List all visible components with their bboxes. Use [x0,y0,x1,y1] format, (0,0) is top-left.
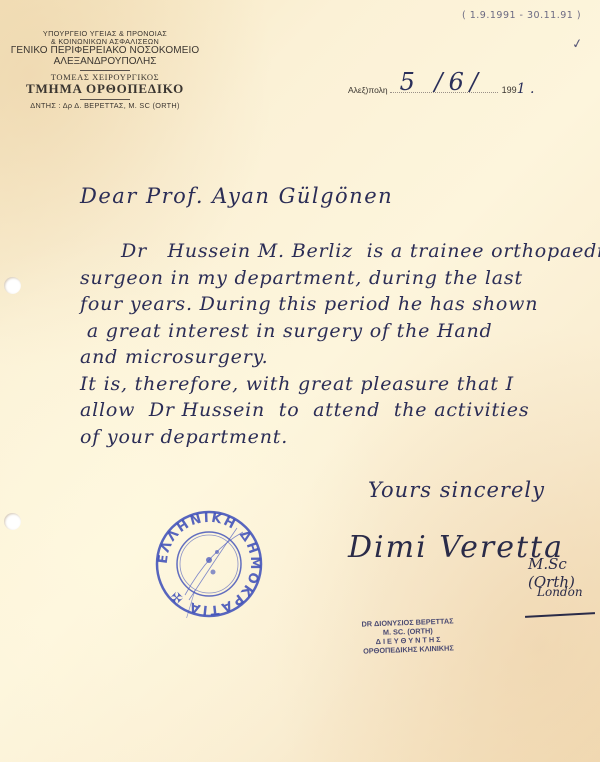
signature-location: London [537,585,583,599]
date-blank: 5 /6/ [390,80,498,93]
letterhead-department: ΤΜΗΜΑ ΟΡΘΟΠΕΔΙΚΟ [10,82,200,96]
letterhead-city: ΑΛΕΞΑΝΔΡΟΥΠΟΛΗΣ [10,57,200,68]
body-line: four years. During this period he has sh… [80,291,600,318]
body-line: of your department. [80,424,600,451]
date-day-month: 5 /6/ [400,68,484,96]
signature-block-stamp: DR ΔΙΟΝΥΣΙΟΣ ΒΕΡΕΤΤΑΣ M. SC. (ORTH) Δ Ι … [347,616,468,656]
letterhead: ΥΠΟΥΡΓΕΙΟ ΥΓΕΙΑΣ & ΠΡΟΝΟΙΑΣ & ΚΟΙΝΩΝΙΚΩΝ… [10,30,200,110]
body-line: and microsurgery. [80,344,600,371]
body-line: surgeon in my department, during the las… [80,265,600,292]
body-line: Dr Hussein M. Berliz is a trainee orthop… [80,238,600,265]
date-year-printed: 199 [502,85,517,95]
date-year-handwritten: 1 . [517,81,535,97]
archive-note: ( 1.9.1991 - 30.11.91 ) [462,10,581,21]
official-seal-stamp: ΕΛΛΗΝΙΚΗ ΔΗΜΟΚΡΑΤΙΑ ✠ [155,510,263,618]
date-line: Αλεξ)πολη 5 /6/ 199 1 . [348,80,534,97]
closing: Yours sincerely [368,478,545,502]
check-mark-icon: ✓ [571,35,585,53]
body-line: allow Dr Hussein to attend the activitie… [80,397,600,424]
punch-hole-top [4,277,21,294]
letterhead-ministry-2: & ΚΟΙΝΩΝΙΚΩΝ ΑΣΦΑΛΙΣΕΩΝ [10,38,200,46]
body-line: a great interest in surgery of the Hand [80,318,600,345]
body-line: It is, therefore, with great pleasure th… [80,371,600,398]
divider [80,99,130,100]
punch-hole-bottom [4,513,21,530]
seal-icon: ΕΛΛΗΝΙΚΗ ΔΗΜΟΚΡΑΤΙΑ ✠ [155,510,263,618]
letter-body: Dr Hussein M. Berliz is a trainee orthop… [80,238,600,450]
divider [80,70,130,71]
signature-underline [525,612,595,617]
date-place: Αλεξ)πολη [348,85,388,95]
salutation: Dear Prof. Ayan Gülgönen [80,184,393,208]
letterhead-director: ΔΝΤΗΣ : Δρ Δ. ΒΕΡΕΤΤΑΣ, M. SC (ORTH) [10,102,200,110]
